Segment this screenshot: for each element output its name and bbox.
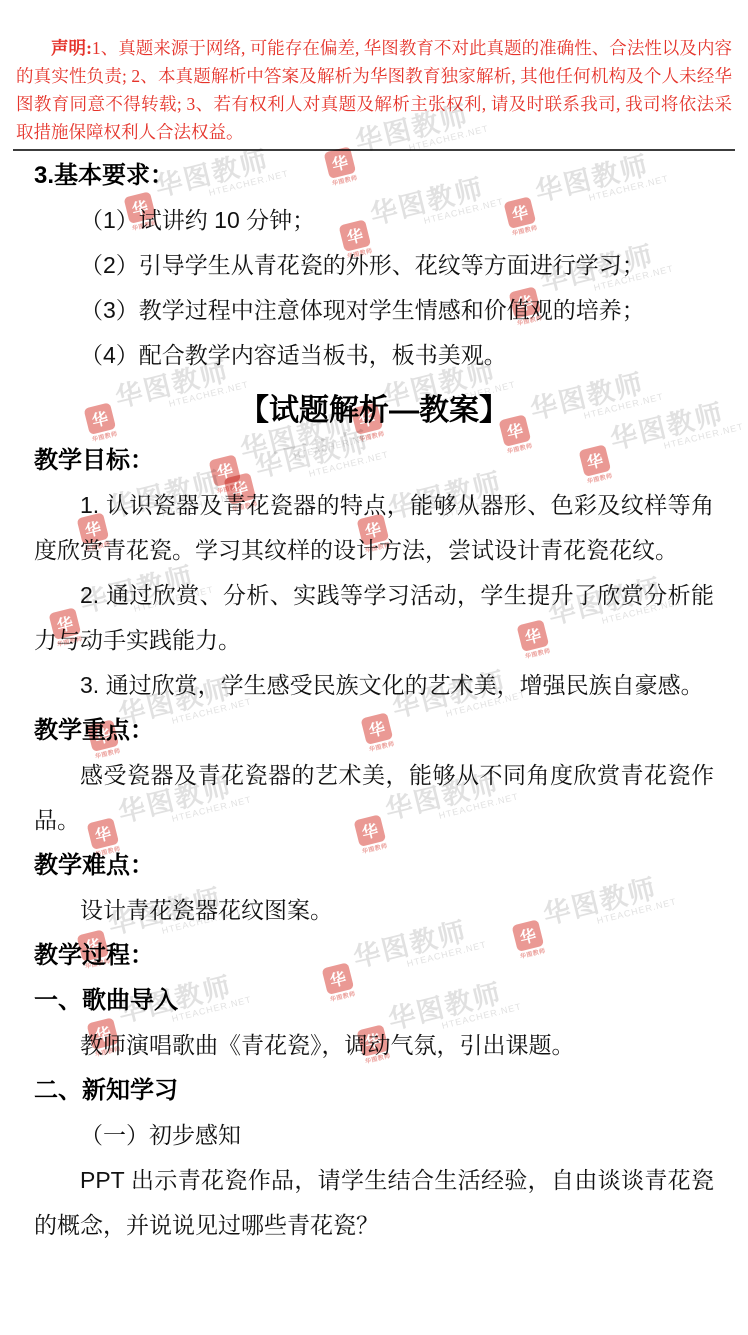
process-step-1-heading: 一、歌曲导入 — [34, 978, 714, 1023]
key-points-paragraph: 感受瓷器及青花瓷器的艺术美，能够从不同角度欣赏青花瓷作品。 — [34, 753, 714, 843]
heading-teaching-process: 教学过程： — [34, 933, 714, 978]
process-step-2-subheading: （一）初步感知 — [34, 1113, 714, 1158]
lesson-plan-content: 3.基本要求： （1）试讲约 10 分钟； （2）引导学生从青花瓷的外形、花纹等… — [0, 151, 748, 1248]
process-step-1-paragraph: 教师演唱歌曲《青花瓷》，调动气氛，引出课题。 — [34, 1023, 714, 1068]
disclaimer-label: 声明: — [51, 38, 92, 58]
difficult-points-paragraph: 设计青花瓷器花纹图案。 — [34, 888, 714, 933]
heading-basic-requirements: 3.基本要求： — [34, 153, 714, 198]
disclaimer-text: 1、真题来源于网络, 可能存在偏差, 华图教育不对此真题的准确性、合法性以及内容… — [16, 38, 732, 142]
process-step-2-paragraph: PPT 出示青花瓷作品，请学生结合生活经验，自由谈谈青花瓷的概念，并说说见过哪些… — [34, 1158, 714, 1248]
objective-paragraph-1: 1. 认识瓷器及青花瓷器的特点，能够从器形、色彩及纹样等角度欣赏青花瓷。学习其纹… — [34, 483, 714, 573]
document-page: 声明:1、真题来源于网络, 可能存在偏差, 华图教育不对此真题的准确性、合法性以… — [0, 0, 748, 1335]
heading-teaching-objectives: 教学目标： — [34, 438, 714, 483]
requirement-item-3: （3）教学过程中注意体现对学生情感和价值观的培养； — [34, 288, 714, 333]
requirement-item-1: （1）试讲约 10 分钟； — [34, 198, 714, 243]
heading-difficult-points: 教学难点： — [34, 843, 714, 888]
disclaimer: 声明:1、真题来源于网络, 可能存在偏差, 华图教育不对此真题的准确性、合法性以… — [0, 0, 748, 146]
document-title: 【试题解析—教案】 — [34, 386, 714, 436]
requirement-item-2: （2）引导学生从青花瓷的外形、花纹等方面进行学习； — [34, 243, 714, 288]
objective-paragraph-2: 2. 通过欣赏、分析、实践等学习活动，学生提升了欣赏分析能力与动手实践能力。 — [34, 573, 714, 663]
objective-paragraph-3: 3. 通过欣赏，学生感受民族文化的艺术美，增强民族自豪感。 — [34, 663, 714, 708]
requirement-item-4: （4）配合教学内容适当板书，板书美观。 — [34, 333, 714, 378]
heading-key-points: 教学重点： — [34, 708, 714, 753]
process-step-2-heading: 二、新知学习 — [34, 1068, 714, 1113]
